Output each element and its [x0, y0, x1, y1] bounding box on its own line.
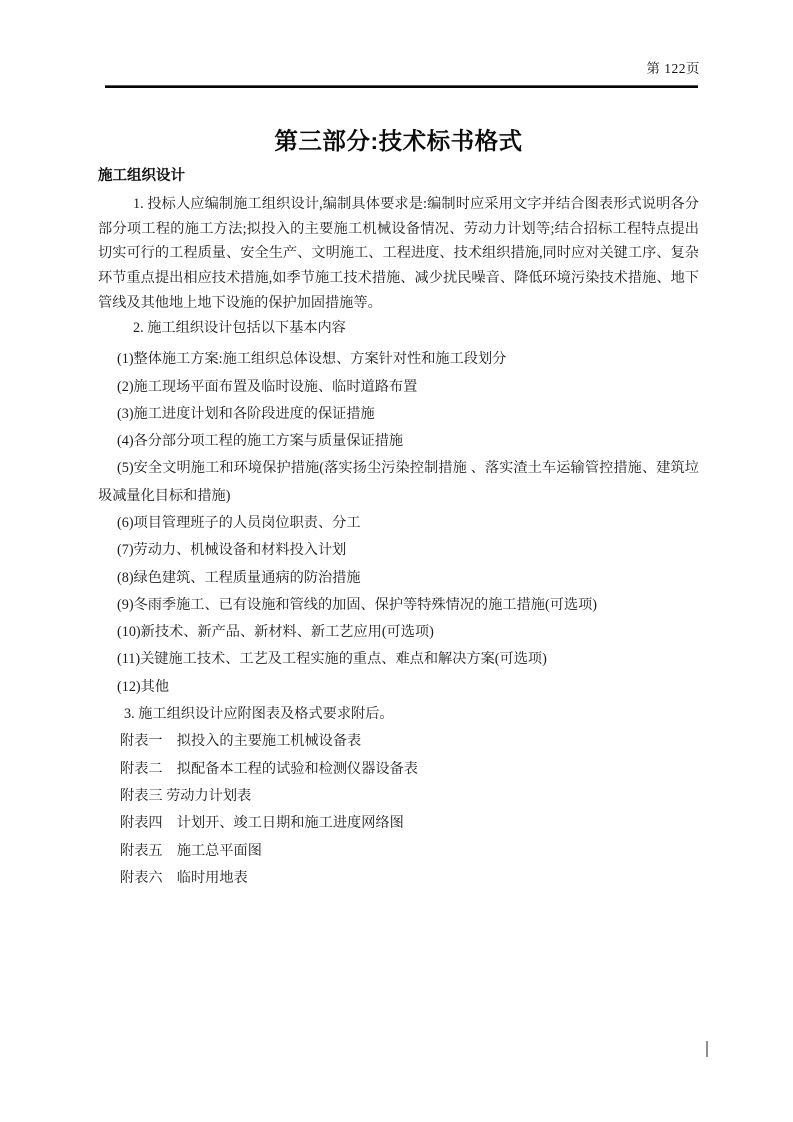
list-item: (6)项目管理班子的人员岗位职责、分工 — [98, 510, 699, 537]
list-item: (5)安全文明施工和环境保护措施(落实扬尘污染控制措施 、落实渣土车运输管控措施… — [98, 455, 699, 510]
paragraph-1: 1. 投标人应编制施工组织设计,编制具体要求是:编制时应采用文字并结合图表形式说… — [98, 192, 699, 316]
list-item: (2)施工现场平面布置及临时设施、临时道路布置 — [98, 374, 699, 401]
section-heading: 施工组织设计 — [98, 167, 699, 186]
list-item: (7)劳动力、机械设备和材料投入计划 — [98, 537, 699, 564]
list-item: (1)整体施工方案:施工组织总体设想、方案针对性和施工段划分 — [98, 346, 699, 373]
appendix-table-item: 附表二 拟配备本工程的试验和检测仪器设备表 — [98, 756, 699, 783]
list-item: (9)冬雨季施工、已有设施和管线的加固、保护等特殊情况的施工措施(可选项) — [98, 592, 699, 619]
list-item: (10)新技术、新产品、新材料、新工艺应用(可选项) — [98, 619, 699, 646]
paragraph-2: 2. 施工组织设计包括以下基本内容 — [98, 316, 699, 341]
document-title: 第三部分:技术标书格式 — [98, 126, 699, 156]
appendix-table-item: 附表一 拟投入的主要施工机械设备表 — [98, 728, 699, 755]
paragraph-3: 3. 施工组织设计应附图表及格式要求附后。 — [98, 701, 699, 728]
appendix-table-item: 附表六 临时用地表 — [98, 865, 699, 892]
scan-artifact-mark — [706, 1041, 708, 1057]
appendix-table-item: 附表四 计划开、竣工日期和施工进度网络图 — [98, 810, 699, 837]
construction-content-list: (1)整体施工方案:施工组织总体设想、方案针对性和施工段划分 (2)施工现场平面… — [98, 346, 699, 701]
document-page: 第 122页 第三部分:技术标书格式 施工组织设计 1. 投标人应编制施工组织设… — [0, 0, 793, 1122]
list-item: (4)各分部分项工程的施工方案与质量保证措施 — [98, 428, 699, 455]
list-item: (11)关键施工技术、工艺及工程实施的重点、难点和解决方案(可选项) — [98, 646, 699, 673]
list-item: (3)施工进度计划和各阶段进度的保证措施 — [98, 401, 699, 428]
appendix-table-item: 附表五 施工总平面图 — [98, 838, 699, 865]
list-item: (12)其他 — [98, 674, 699, 701]
list-item: (8)绿色建筑、工程质量通病的防治措施 — [98, 565, 699, 592]
appendix-table-list: 附表一 拟投入的主要施工机械设备表 附表二 拟配备本工程的试验和检测仪器设备表 … — [98, 728, 699, 892]
page-content: 第三部分:技术标书格式 施工组织设计 1. 投标人应编制施工组织设计,编制具体要… — [98, 0, 699, 892]
appendix-table-item: 附表三 劳动力计划表 — [98, 783, 699, 810]
